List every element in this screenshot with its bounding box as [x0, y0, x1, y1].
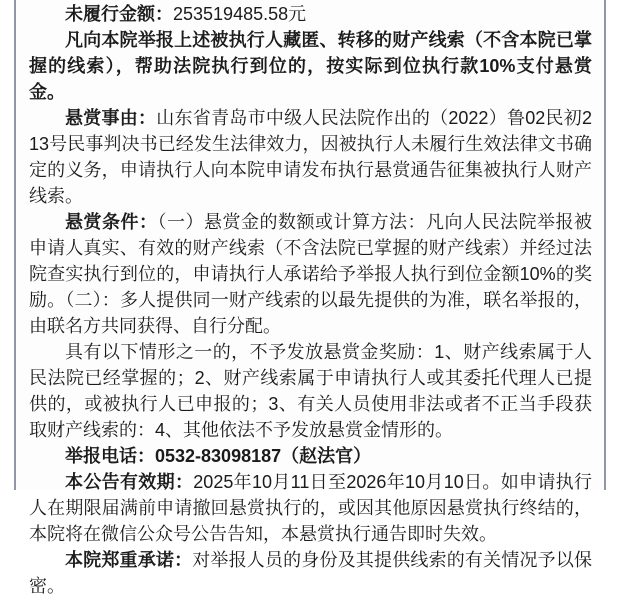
- reward-reason-label: 悬赏事由：: [65, 108, 156, 128]
- reward-conditions-paragraph: 悬赏条件：（一）悬赏金的数额或计算方法：凡向人民法院举报被申请人真实、有效的财产…: [29, 209, 592, 339]
- reward-summary-text: 凡向本院举报上述被执行人藏匿、转移的财产线索（不含本院已掌握的线索），帮助法院执…: [29, 30, 592, 102]
- report-phone-value: 0532-83098187（赵法官）: [155, 446, 371, 466]
- reward-conditions-label: 悬赏条件：: [65, 212, 158, 232]
- reward-reason-paragraph: 悬赏事由：山东省青岛市中级人民法院作出的（2022）鲁02民初213号民事判决书…: [29, 105, 592, 209]
- report-phone-line: 举报电话：0532-83098187（赵法官）: [29, 443, 592, 469]
- unfulfilled-amount-line: 未履行金额：253519485.58元: [29, 1, 592, 27]
- exclusion-clauses-text: 具有以下情形之一的，不予发放悬赏金奖励：1、财产线索属于人民法院已经掌握的；2、…: [29, 342, 592, 440]
- validity-period-label: 本公告有效期：: [65, 472, 193, 490]
- page: { "notice": { "colors": { "text": "#1b1b…: [0, 0, 640, 490]
- unfulfilled-amount-label: 未履行金额：: [65, 4, 173, 24]
- exclusion-clauses-paragraph: 具有以下情形之一的，不予发放悬赏金奖励：1、财产线索属于人民法院已经掌握的；2、…: [29, 339, 592, 443]
- announcement-document: 未履行金额：253519485.58元 凡向本院举报上述被执行人藏匿、转移的财产…: [14, 0, 606, 490]
- reward-summary-paragraph: 凡向本院举报上述被执行人藏匿、转移的财产线索（不含本院已掌握的线索），帮助法院执…: [29, 27, 592, 105]
- validity-period-paragraph: 本公告有效期：2025年10月11日至2026年10月10日。如申请执行人在期限…: [29, 469, 592, 490]
- report-phone-label: 举报电话：: [65, 446, 155, 466]
- unfulfilled-amount-value: 253519485.58元: [173, 4, 306, 24]
